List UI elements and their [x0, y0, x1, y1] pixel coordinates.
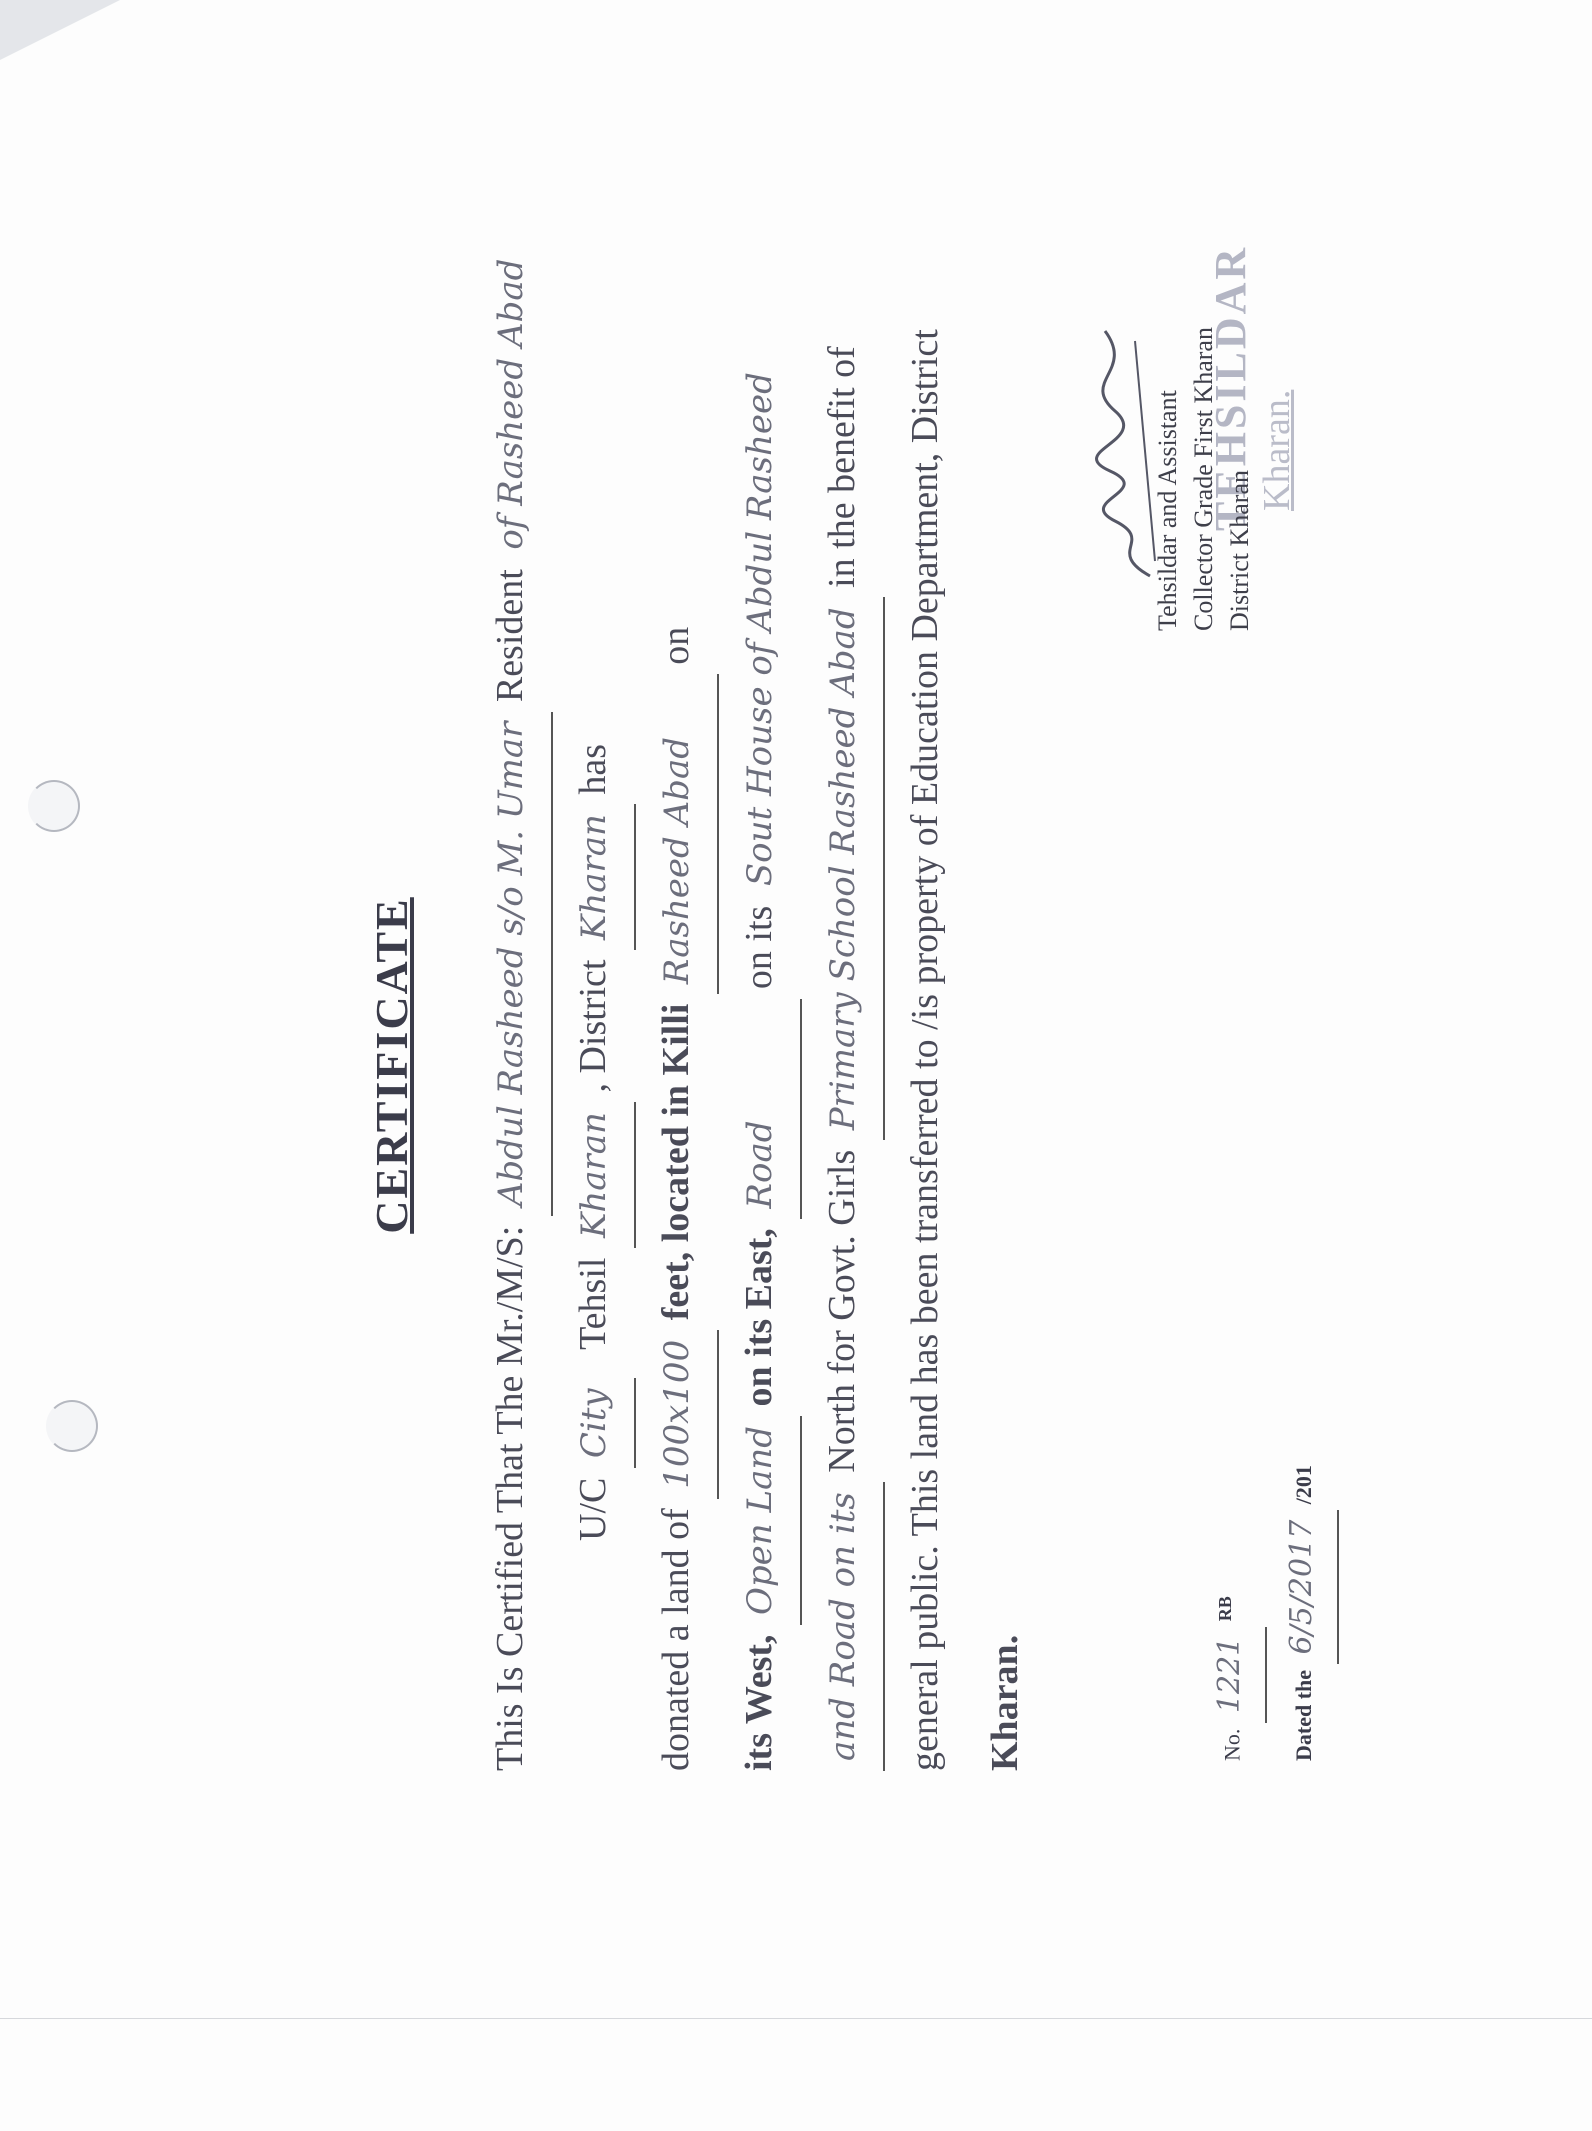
- no-suffix: RB: [1215, 1596, 1235, 1621]
- rotated-certificate: CERTIFICATE This Is Certified That The M…: [0, 0, 1592, 2131]
- body-line-3: donated a land of 100x100 feet, located …: [636, 211, 719, 1771]
- reference-number-line: No. 1221 RB: [1190, 1465, 1267, 1761]
- resident-value: of Rasheed Abad: [471, 249, 551, 560]
- body-line-5: and Road on its North for Govt. Girls Pr…: [802, 211, 885, 1771]
- uc-value: City: [554, 1378, 636, 1468]
- has-text: has: [572, 744, 614, 795]
- east-value: Road: [720, 999, 802, 1219]
- body-line-1: This Is Certified That The Mr./M/S: Abdu…: [470, 211, 553, 1771]
- school-name: Primary School Rasheed Abad: [803, 597, 885, 1140]
- year-suffix: /201: [1291, 1465, 1316, 1504]
- district-label: , District: [572, 960, 614, 1093]
- dated-label: Dated the: [1291, 1670, 1316, 1761]
- signature-block: Tehsildar and Assistant Collector Grade …: [1150, 327, 1258, 631]
- tehsil-label: Tehsil: [572, 1258, 614, 1350]
- feet-label: feet, located in: [655, 1085, 697, 1320]
- certificate-body: This Is Certified That The Mr./M/S: Abdu…: [470, 211, 1045, 1771]
- dated-value: 6/5/2017: [1267, 1510, 1339, 1665]
- donor-name: Abdul Rasheed s/o M. Umar: [471, 712, 553, 1217]
- resident-label: Resident: [489, 569, 531, 702]
- body-line-7: Kharan.: [965, 211, 1045, 1771]
- on-text: on: [655, 627, 697, 665]
- signatory-title: Tehsildar and Assistant: [1150, 327, 1186, 631]
- reference-block: No. 1221 RB Dated the 6/5/2017 /201: [1190, 1465, 1339, 1761]
- no-label: No.: [1219, 1729, 1244, 1761]
- land-size: 100x100: [637, 1330, 719, 1499]
- west-value: Open Land: [720, 1416, 802, 1625]
- certificate-title: CERTIFICATE: [365, 0, 418, 2131]
- body-line-6: general public. This land has been trans…: [885, 211, 965, 1771]
- west-label: its West,: [738, 1634, 780, 1771]
- certified-prefix: This Is Certified That The Mr./M/S:: [489, 1226, 531, 1771]
- south-label: on its: [738, 906, 780, 989]
- signatory-district: District Kharan: [1222, 327, 1258, 631]
- body-line-4: its West, Open Land on its East, Road on…: [719, 211, 802, 1771]
- tehsil-value: Kharan: [554, 1102, 636, 1248]
- body-line-2: U/C City Tehsil Kharan , District Kharan…: [553, 211, 636, 1771]
- scanned-page: CERTIFICATE This Is Certified That The M…: [0, 0, 1592, 2131]
- killi-value: Rasheed Abad: [637, 674, 719, 994]
- benefit-text: in the benefit of: [821, 346, 863, 588]
- east-label: on its East,: [738, 1228, 780, 1406]
- official-stamp-place: Kharan.: [1255, 390, 1299, 511]
- north-cont-value: and Road on its: [803, 1482, 885, 1771]
- signatory-grade: Collector Grade First Kharan: [1186, 327, 1222, 631]
- donated-prefix: donated a land of: [655, 1508, 697, 1771]
- killi-label: Killi: [655, 1004, 697, 1076]
- district-value: Kharan: [554, 804, 636, 950]
- dated-line: Dated the 6/5/2017 /201: [1267, 1465, 1339, 1761]
- north-label: North for Govt. Girls: [821, 1150, 863, 1473]
- uc-label: U/C: [572, 1478, 614, 1541]
- south-value: Sout House of Abdul Rasheed: [720, 362, 800, 896]
- no-value: 1221: [1195, 1627, 1267, 1723]
